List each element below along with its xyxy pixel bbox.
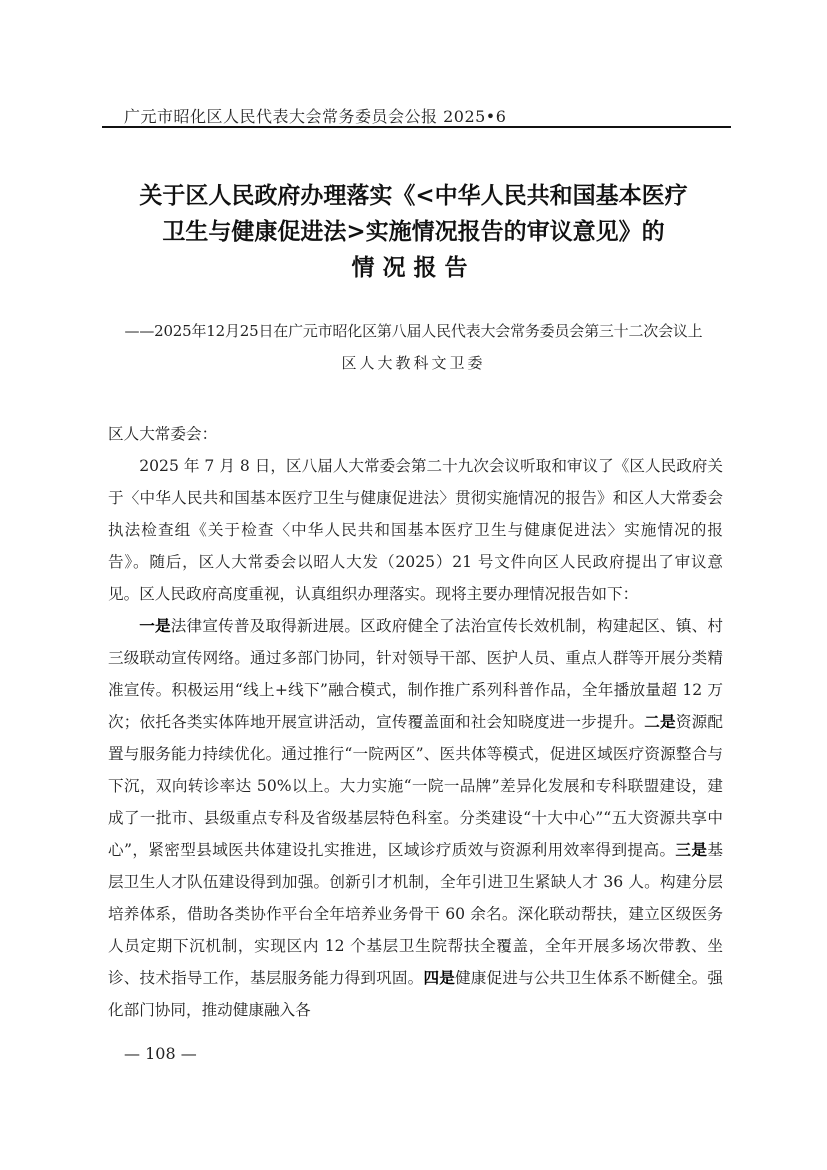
point-1-text: 法律宣传普及取得新进展。区政府健全了法治宣传长效机制，构建起区、镇、村三级联动宣… [108, 617, 723, 731]
running-head: 广元市昭化区人民代表大会常务委员会公报 2025•6 [124, 104, 506, 127]
point-1-lead: 一是 [139, 616, 171, 635]
salutation: 区人大常委会： [108, 418, 723, 450]
point-2-text: 资源配置与服务能力持续优化。通过推行“一院两区”、医共体等模式，促进区域医疗资源… [108, 713, 723, 859]
document-title-line-1: 关于区人民政府办理落实《<中华人民共和国基本医疗 [0, 177, 827, 210]
page-number: — 108 — [124, 1044, 197, 1063]
point-2-lead: 二是 [644, 712, 676, 731]
document-title-line-2: 卫生与健康促进法>实施情况报告的审议意见》的 [0, 213, 827, 246]
header-rule-divider [102, 126, 731, 128]
subtitle-author: 区人大教科文卫委 [0, 352, 827, 373]
document-body: 区人大常委会： 2025 年 7 月 8 日，区八届人大常委会第二十九次会议听取… [108, 418, 723, 1026]
document-title-line-3: 情况报告 [0, 249, 827, 282]
paragraph-intro: 2025 年 7 月 8 日，区八届人大常委会第二十九次会议听取和审议了《区人民… [108, 450, 723, 610]
point-3-text: 基层卫生人才队伍建设得到加强。创新引才机制，全年引进卫生紧缺人才 36 人。构建… [108, 841, 723, 987]
paragraph-points: 一是法律宣传普及取得新进展。区政府健全了法治宣传长效机制，构建起区、镇、村三级联… [108, 610, 723, 1026]
point-3-lead: 三是 [675, 840, 707, 859]
point-4-lead: 四是 [423, 968, 455, 987]
subtitle-meeting-info: ——2025年12月25日在广元市昭化区第八届人民代表大会常务委员会第三十二次会… [0, 320, 827, 341]
